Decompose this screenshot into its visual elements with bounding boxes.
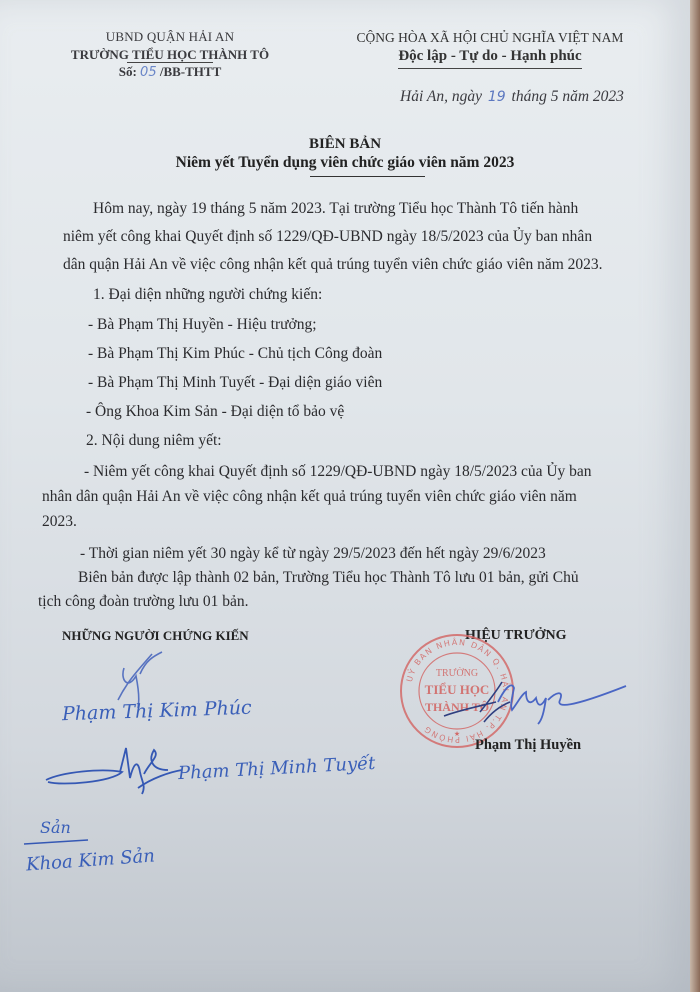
number-handwritten: 05 — [140, 65, 157, 80]
content-line-2: nhân dân quận Hải An về việc công nhận k… — [42, 488, 577, 506]
content-line-3: 2023. — [42, 513, 77, 531]
authority-name: UBND QUẬN HẢI AN — [50, 28, 290, 46]
nation-name: CỘNG HÒA XÃ HỘI CHỦ NGHĨA VIỆT NAM — [340, 28, 640, 47]
document-title: BIÊN BẢN — [0, 136, 690, 153]
intro-line-1: Hôm nay, ngày 19 tháng 5 năm 2023. Tại t… — [93, 200, 578, 218]
national-header: CỘNG HÒA XÃ HỘI CHỦ NGHĨA VIỆT NAM Độc l… — [340, 28, 640, 69]
document-subtitle: Niêm yết Tuyển dụng viên chức giáo viên … — [0, 154, 690, 172]
duration-line: - Thời gian niêm yết 30 ngày kể từ ngày … — [80, 545, 546, 563]
document-number: Số: 05 /BB-THTT — [50, 63, 290, 82]
section2-heading: 2. Nội dung niêm yết: — [86, 432, 222, 450]
issuer-header: UBND QUẬN HẢI AN TRƯỜNG TIỂU HỌC THÀNH T… — [50, 28, 290, 82]
table-edge — [690, 0, 700, 992]
signature-underline — [22, 838, 92, 848]
witness-item: - Bà Phạm Thị Minh Tuyết - Đại diện giáo… — [88, 374, 382, 392]
place-date: Hải An, ngày 19 tháng 5 năm 2023 — [400, 88, 624, 106]
subtitle-underline — [310, 176, 425, 177]
principal-signature-mark — [440, 672, 630, 732]
motto-underline — [398, 68, 582, 69]
school-name: TRƯỜNG TIỂU HỌC THÀNH TÔ — [50, 46, 290, 64]
place-date-suffix: tháng 5 năm 2023 — [512, 88, 624, 105]
witness-handwritten-short: Sản — [40, 818, 71, 837]
national-motto: Độc lập - Tự do - Hạnh phúc — [340, 47, 640, 66]
witness-item: - Bà Phạm Thị Kim Phúc - Chủ tịch Công đ… — [88, 345, 382, 363]
day-handwritten: 19 — [486, 89, 508, 105]
closing-line-1: Biên bản được lập thành 02 bản, Trường T… — [78, 569, 579, 587]
place-date-prefix: Hải An, ngày — [400, 88, 482, 105]
number-suffix: /BB-THTT — [160, 64, 221, 79]
witness-signature-mark — [42, 742, 182, 792]
number-label: Số: — [119, 64, 137, 79]
intro-line-3: dân quận Hải An về việc công nhận kết qu… — [63, 256, 603, 274]
witnesses-title: NHỮNG NGƯỜI CHỨNG KIẾN — [62, 628, 249, 644]
principal-name: Phạm Thị Huyền — [475, 737, 581, 754]
content-line-1: - Niêm yết công khai Quyết định số 1229/… — [84, 463, 592, 481]
closing-line-2: tịch công đoàn trường lưu 01 bản. — [38, 593, 249, 611]
intro-line-2: niêm yết công khai Quyết định số 1229/QĐ… — [63, 228, 592, 246]
section1-heading: 1. Đại diện những người chứng kiến: — [93, 286, 322, 304]
witness-item: - Bà Phạm Thị Huyền - Hiệu trưởng; — [88, 316, 317, 334]
witness-item: - Ông Khoa Kim Sản - Đại diện tổ bảo vệ — [86, 403, 344, 421]
